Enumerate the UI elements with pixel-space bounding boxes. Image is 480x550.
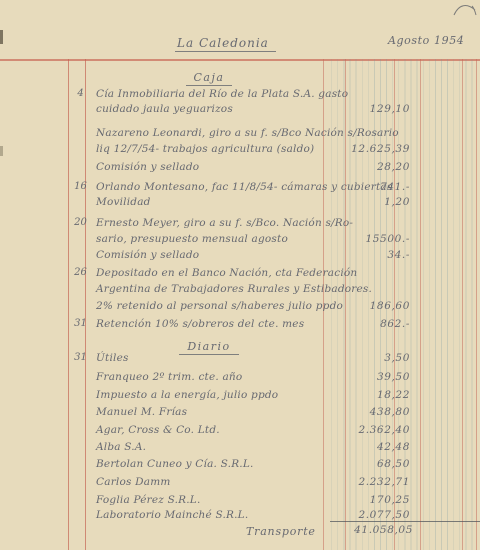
entry-amount: 438,80 — [370, 406, 410, 418]
entry-text: Alba S.A. — [96, 441, 146, 453]
section-heading: Caja — [95, 66, 323, 81]
entry-text: Útiles — [96, 352, 129, 364]
entry-text: Retención 10% s/obreros del cte. mes — [96, 318, 304, 330]
entry-amount: 741.- — [380, 181, 410, 193]
entry-amount: 2.077,50 — [358, 509, 410, 521]
ledger-row: Movilidad1,20 — [0, 196, 480, 211]
entry-text: Agar, Cross & Co. Ltd. — [96, 424, 220, 436]
entry-text: Laboratorio Mainché S.R.L. — [96, 509, 248, 521]
ledger-row: 20Ernesto Meyer, giro a su f. s/Bco. Nac… — [0, 217, 480, 232]
entry-amount: 28,20 — [377, 161, 410, 173]
entry-text: sario, presupuesto mensual agosto — [96, 233, 288, 245]
entry-amount: 1,20 — [384, 196, 410, 208]
transport-total: 41.058,05 — [354, 524, 413, 536]
entry-text: Franqueo 2º trim. cte. año — [96, 371, 242, 383]
entry-text: Ernesto Meyer, giro a su f. s/Bco. Nació… — [96, 217, 353, 229]
entry-text: cuidado jaula yeguarizos — [96, 103, 233, 115]
ledger-row: 31Útiles3,50 — [0, 352, 480, 367]
section-heading: Diario — [95, 335, 323, 350]
entry-text: Carlos Damm — [96, 476, 171, 488]
entry-text: Argentina de Trabajadores Rurales y Esti… — [96, 283, 372, 295]
entry-amount: 15500.- — [366, 233, 411, 245]
entry-amount: 68,50 — [377, 458, 410, 470]
ledger-row: Foglia Pérez S.R.L.170,25 — [0, 494, 480, 509]
entry-amount: 186,60 — [370, 300, 410, 312]
ledger-row: sario, presupuesto mensual agosto15500.- — [0, 233, 480, 248]
ledger-row: Agar, Cross & Co. Ltd.2.362,40 — [0, 424, 480, 439]
entry-day: 31 — [69, 318, 92, 329]
entry-amount: 18,22 — [377, 389, 410, 401]
ledger-row: Comisión y sellado28,20 — [0, 161, 480, 176]
sum-line — [330, 521, 480, 522]
ledger-row: Nazareno Leonardi, giro a su f. s/Bco Na… — [0, 127, 480, 142]
ledger-row: Bertolan Cuneo y Cía. S.R.L.68,50 — [0, 458, 480, 473]
ledger-row: 31Retención 10% s/obreros del cte. mes86… — [0, 318, 480, 333]
scan-edge-mark — [0, 30, 3, 44]
entry-text: 2% retenido al personal s/haberes julio … — [96, 300, 343, 312]
entry-text: Comisión y sellado — [96, 249, 199, 261]
ledger-row: 16Orlando Montesano, fac 11/8/54- cámara… — [0, 181, 480, 196]
ledger-page: La Caledonia Agosto 1954 Caja4Cía Inmobi… — [0, 0, 480, 550]
entry-text: Nazareno Leonardi, giro a su f. s/Bco Na… — [96, 127, 399, 139]
entry-amount: 2.232,71 — [358, 476, 410, 488]
entry-text: Movilidad — [96, 196, 151, 208]
entry-text: Orlando Montesano, fac 11/8/54- cámaras … — [96, 181, 392, 193]
entry-amount: 862.- — [380, 318, 410, 330]
entry-text: Cía Inmobiliaria del Río de la Plata S.A… — [96, 88, 348, 100]
entry-text: Comisión y sellado — [96, 161, 199, 173]
ledger-row: Alba S.A.42,48 — [0, 441, 480, 456]
page-date: Agosto 1954 — [388, 34, 464, 47]
ledger-row: liq 12/7/54- trabajos agricultura (saldo… — [0, 143, 480, 158]
entry-amount: 2.362,40 — [358, 424, 410, 436]
ledger-row: Carlos Damm2.232,71 — [0, 476, 480, 491]
entry-day: 20 — [69, 217, 92, 228]
section-heading-text: Caja — [186, 71, 233, 86]
pen-flourish — [452, 2, 478, 18]
ledger-row: Argentina de Trabajadores Rurales y Esti… — [0, 283, 480, 298]
entry-amount: 170,25 — [370, 494, 410, 506]
entry-day: 4 — [69, 88, 92, 99]
ledger-row: 26Depositado en el Banco Nación, cta Fed… — [0, 267, 480, 282]
entry-text: Manuel M. Frías — [96, 406, 187, 418]
entry-day: 26 — [69, 267, 92, 278]
ledger-row: 2% retenido al personal s/haberes julio … — [0, 300, 480, 315]
entry-amount: 3,50 — [384, 352, 410, 364]
entry-day: 16 — [69, 181, 92, 192]
ledger-row: Manuel M. Frías438,80 — [0, 406, 480, 421]
ledger-row: cuidado jaula yeguarizos129,10 — [0, 103, 480, 118]
entry-amount: 42,48 — [377, 441, 410, 453]
ledger-row: Impuesto a la energía, julio ppdo18,22 — [0, 389, 480, 404]
entry-amount: 12.625,39 — [351, 143, 410, 155]
ledger-row: Franqueo 2º trim. cte. año39,50 — [0, 371, 480, 386]
entry-text: Bertolan Cuneo y Cía. S.R.L. — [96, 458, 254, 470]
ledger-row: 4Cía Inmobiliaria del Río de la Plata S.… — [0, 88, 480, 103]
entry-amount: 129,10 — [370, 103, 410, 115]
entry-amount: 34.- — [387, 249, 410, 261]
entry-amount: 39,50 — [377, 371, 410, 383]
page-title: La Caledonia — [175, 36, 276, 52]
transport-label: Transporte — [246, 525, 316, 538]
ledger-row: Comisión y sellado34.- — [0, 249, 480, 264]
entry-day: 31 — [69, 352, 92, 363]
entry-text: Impuesto a la energía, julio ppdo — [96, 389, 278, 401]
entry-text: Depositado en el Banco Nación, cta Feder… — [96, 267, 357, 279]
entry-text: Foglia Pérez S.R.L. — [96, 494, 201, 506]
entry-text: liq 12/7/54- trabajos agricultura (saldo… — [96, 143, 314, 155]
